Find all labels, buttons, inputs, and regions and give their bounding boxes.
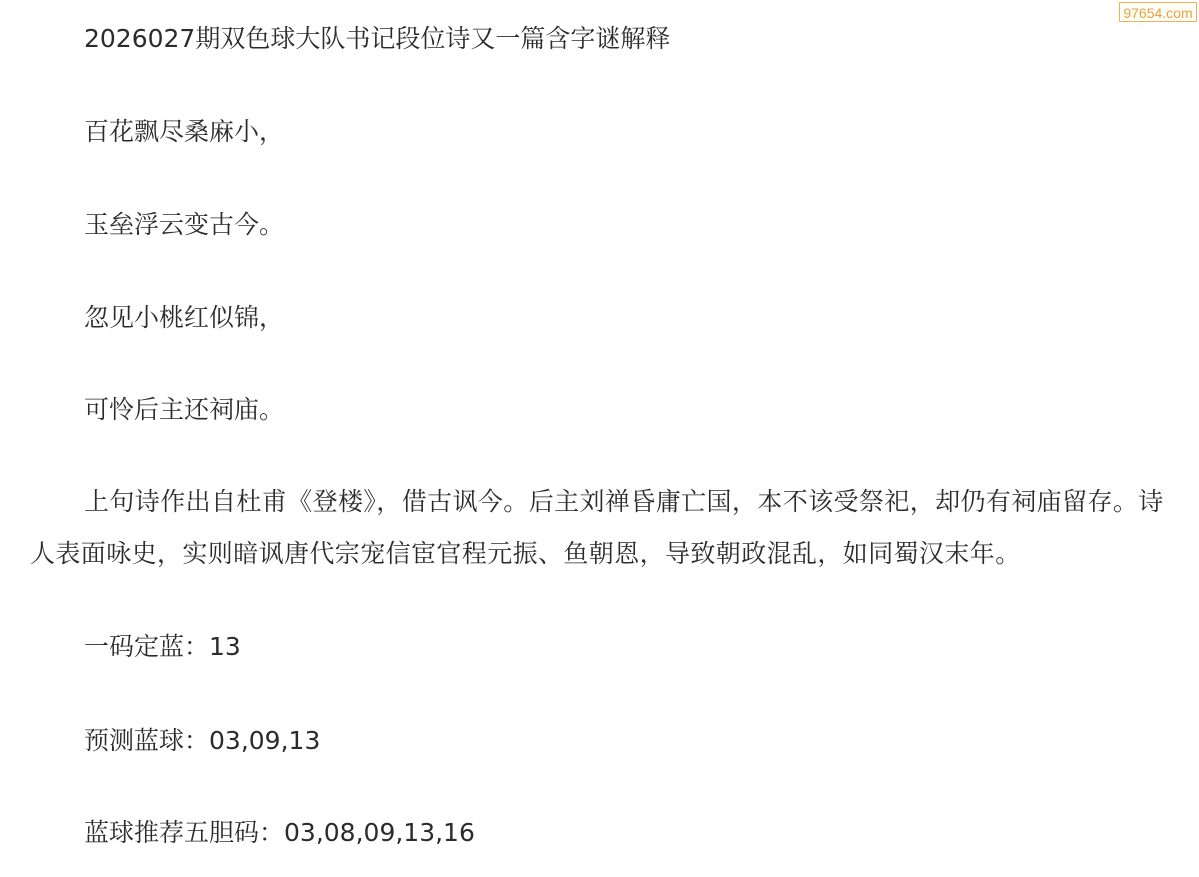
prediction-value: 03,08,09,13,16 xyxy=(284,818,475,847)
prediction-blue-balls: 预测蓝球：03,09,13 xyxy=(84,726,320,756)
prediction-value: 03,09,13 xyxy=(209,726,320,755)
prediction-five-blue: 蓝球推荐五胆码：03,08,09,13,16 xyxy=(84,818,475,848)
poem-line-1: 百花飘尽桑麻小， xyxy=(84,117,284,147)
poem-line-2: 玉垒浮云变古今。 xyxy=(84,210,284,240)
poem-line-4: 可怜后主还祠庙。 xyxy=(84,395,284,425)
site-watermark: 97654.com xyxy=(1119,2,1197,22)
prediction-label: 一码定蓝： xyxy=(84,632,209,661)
prediction-value: 13 xyxy=(209,632,241,661)
prediction-label: 预测蓝球： xyxy=(84,726,209,755)
poem-line-3: 忽见小桃红似锦， xyxy=(84,303,284,333)
prediction-label: 蓝球推荐五胆码： xyxy=(84,818,284,847)
prediction-single-blue: 一码定蓝：13 xyxy=(84,632,241,662)
poem-explanation: 上句诗作出自杜甫《登楼》，借古讽今。后主刘禅昏庸亡国，本不该受祭祀，却仍有祠庙留… xyxy=(30,476,1180,580)
article-title: 2026027期双色球大队书记段位诗又一篇含字谜解释 xyxy=(84,24,670,54)
